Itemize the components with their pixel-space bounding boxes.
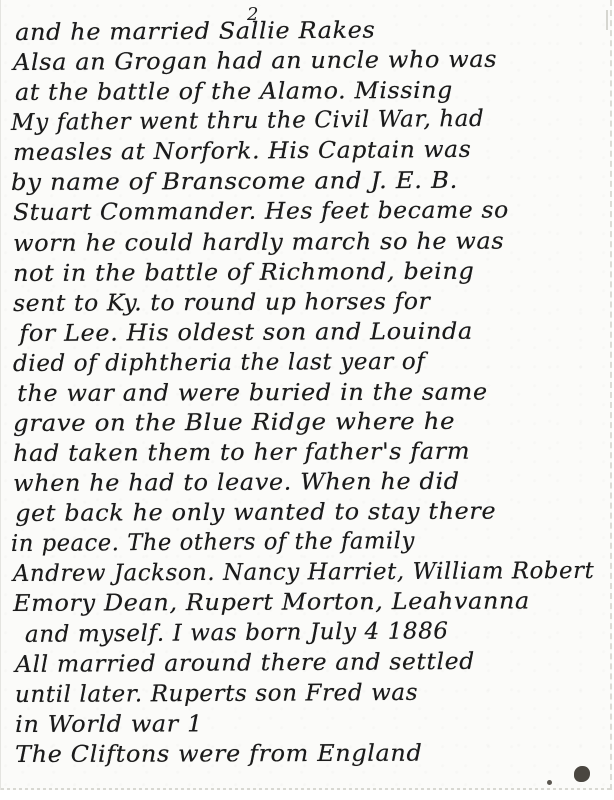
text-line: by name of Branscome and J. E. B. [11,165,612,198]
ink-dot-mark [547,780,552,785]
text-line: measles at Norfork. His Captain was [11,134,612,168]
text-line: get back he only wanted to stay there [11,496,612,529]
text-line: and he married Sallie Rakes [11,14,612,48]
ink-blot-mark [574,766,590,782]
text-line: My father went thru the Civil War, had [11,103,611,138]
text-line: had taken them to her father's farm [11,436,612,469]
text-line: the war and were buried in the same [11,377,612,409]
text-line: The Cliftons were from England [11,738,612,770]
text-line: not in the battle of Richmond, being [11,255,612,288]
handwritten-text: and he married Sallie Rakes Alsa an Grog… [11,18,611,770]
text-line: All married around there and settled [11,645,612,679]
text-line: worn he could hardly march so he was [11,225,612,258]
text-line: died of diphtheria the last year of [11,346,611,379]
text-line: and myself. I was born July 4 1886 [11,614,611,649]
text-line: Alsa an Grogan had an uncle who was [11,44,612,78]
text-line: in peace. The others of the family [11,525,599,559]
text-line: when he had to leave. When he did [11,466,612,499]
text-line: in World war 1 [11,708,612,740]
text-line: grave on the Blue Ridge where he [11,406,612,439]
document-page: 2 and he married Sallie Rakes Alsa an Gr… [0,0,612,790]
text-line: Stuart Commander. Hes feet became so [11,195,612,228]
text-line: for Lee. His oldest son and Louinda [11,316,612,349]
page-bottom-edge [1,788,612,790]
text-line: sent to Ky. to round up horses for [11,286,612,319]
text-line: Andrew Jackson. Nancy Harriet, William R… [11,556,605,589]
text-line: until later. Ruperts son Fred was [11,677,611,710]
